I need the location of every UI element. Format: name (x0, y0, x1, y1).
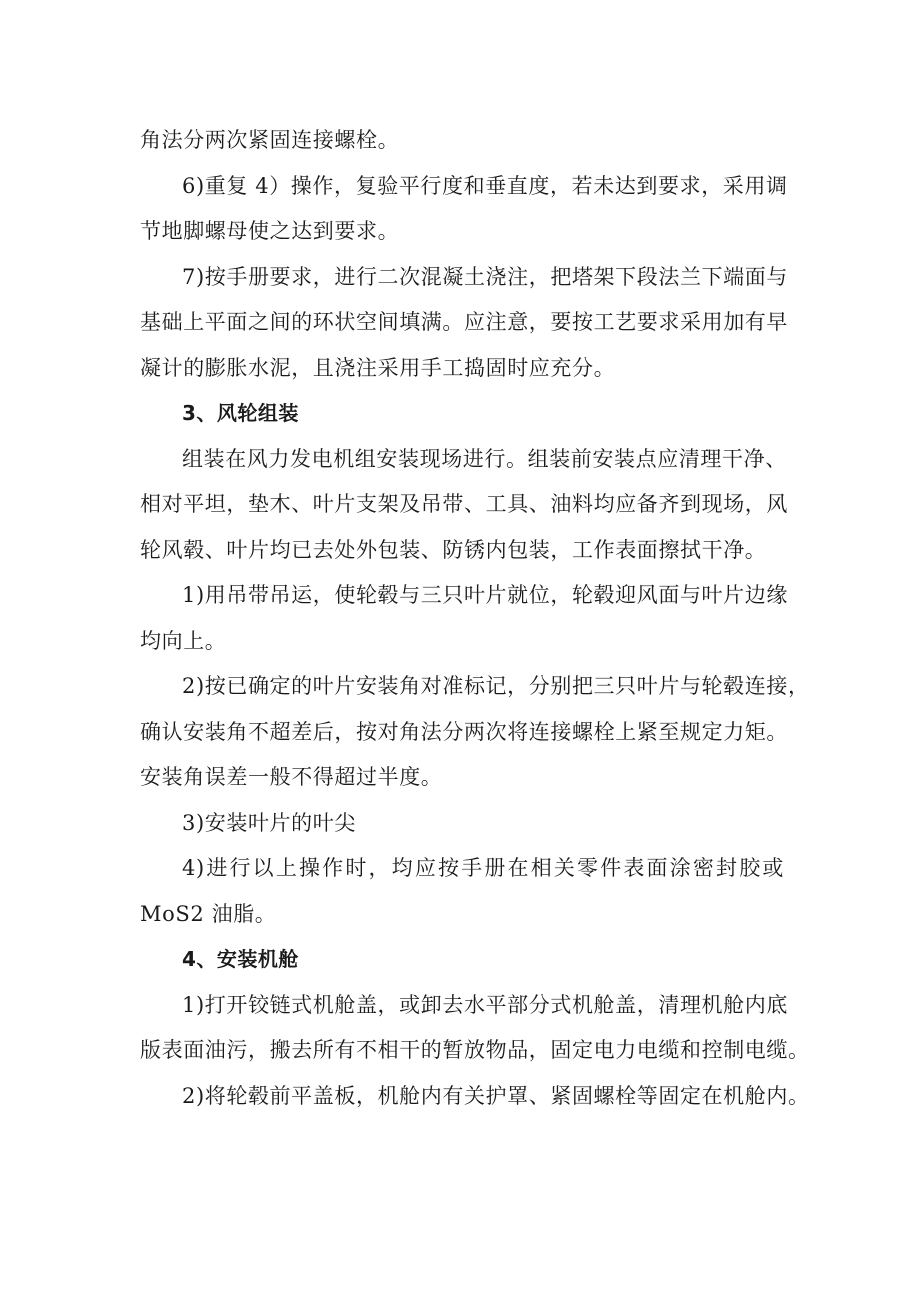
text-line: 确认安装角不超差后，按对角法分两次将连接螺栓上紧至规定力矩。 (140, 710, 784, 756)
paragraph-rotor-step-1: 1)用吊带吊运，使轮毂与三只叶片就位，轮毂迎风面与叶片边缘 均向上。 (140, 573, 784, 664)
paragraph-nacelle-step-2: 2)将轮毂前平盖板，机舱内有关护罩、紧固螺栓等固定在机舱内。 (140, 1074, 784, 1120)
text-line: 凝计的膨胀水泥，且浇注采用手工捣固时应充分。 (140, 346, 784, 392)
text-line: 组装在风力发电机组安装现场进行。组装前安装点应清理干净、 (140, 437, 784, 483)
text-line: 1)用吊带吊运，使轮毂与三只叶片就位，轮毂迎风面与叶片边缘 (140, 573, 784, 619)
text-line: 1)打开铰链式机舱盖，或卸去水平部分式机舱盖，清理机舱内底 (140, 983, 784, 1029)
text-line: 版表面油污，搬去所有不相干的暂放物品，固定电力电缆和控制电缆。 (140, 1028, 784, 1074)
text-line: 2)将轮毂前平盖板，机舱内有关护罩、紧固螺栓等固定在机舱内。 (140, 1074, 784, 1120)
text-line: 均向上。 (140, 619, 784, 665)
text-line: 4)进行以上操作时，均应按手册在相关零件表面涂密封胶或 (140, 846, 784, 892)
paragraph-continuation: 角法分两次紧固连接螺栓。 (140, 118, 784, 164)
paragraph-rotor-intro: 组装在风力发电机组安装现场进行。组装前安装点应清理干净、 相对平坦，垫木、叶片支… (140, 437, 784, 574)
text-line: 3)安装叶片的叶尖 (140, 801, 784, 847)
paragraph-rotor-step-3: 3)安装叶片的叶尖 (140, 801, 784, 847)
paragraph-rotor-step-2: 2)按已确定的叶片安装角对准标记，分别把三只叶片与轮毂连接， 确认安装角不超差后… (140, 664, 784, 801)
text-line: 轮风毂、叶片均已去处外包装、防锈内包装，工作表面擦拭干净。 (140, 528, 784, 574)
text-line: 角法分两次紧固连接螺栓。 (140, 118, 784, 164)
section-heading-rotor-assembly: 3、风轮组装 (140, 391, 784, 437)
text-line: 安装角误差一般不得超过半度。 (140, 755, 784, 801)
paragraph-step-6: 6)重复 4）操作，复验平行度和垂直度，若未达到要求，采用调 节地脚螺母使之达到… (140, 164, 784, 255)
paragraph-rotor-step-4: 4)进行以上操作时，均应按手册在相关零件表面涂密封胶或 MoS2 油脂。 (140, 846, 784, 937)
document-page: 角法分两次紧固连接螺栓。 6)重复 4）操作，复验平行度和垂直度，若未达到要求，… (140, 118, 784, 1119)
paragraph-step-7: 7)按手册要求，进行二次混凝土浇注，把塔架下段法兰下端面与 基础上平面之间的环状… (140, 255, 784, 392)
text-line: 2)按已确定的叶片安装角对准标记，分别把三只叶片与轮毂连接， (140, 664, 784, 710)
text-line: 7)按手册要求，进行二次混凝土浇注，把塔架下段法兰下端面与 (140, 255, 784, 301)
section-heading-nacelle-installation: 4、安装机舱 (140, 937, 784, 983)
text-line: MoS2 油脂。 (140, 892, 784, 938)
paragraph-nacelle-step-1: 1)打开铰链式机舱盖，或卸去水平部分式机舱盖，清理机舱内底 版表面油污，搬去所有… (140, 983, 784, 1074)
text-line: 相对平坦，垫木、叶片支架及吊带、工具、油料均应备齐到现场，风 (140, 482, 784, 528)
text-line: 基础上平面之间的环状空间填满。应注意，要按工艺要求采用加有早 (140, 300, 784, 346)
text-line: 6)重复 4）操作，复验平行度和垂直度，若未达到要求，采用调 (140, 164, 784, 210)
text-line: 节地脚螺母使之达到要求。 (140, 209, 784, 255)
